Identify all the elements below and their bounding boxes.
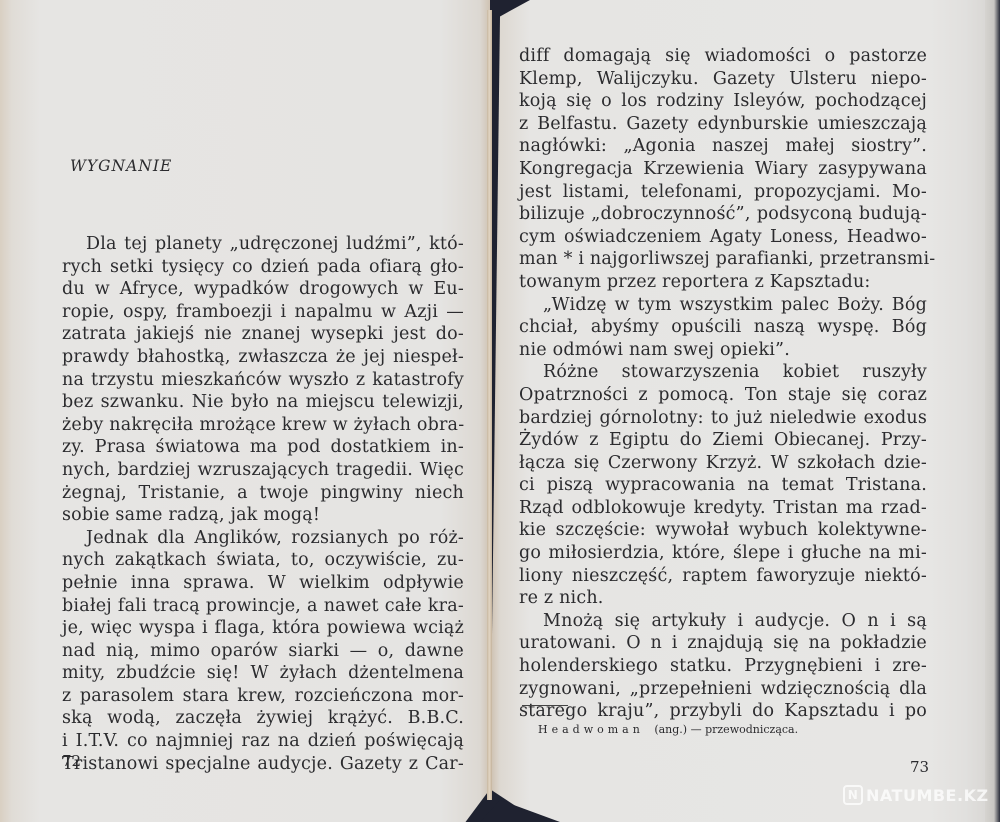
text-line: ci piszą wypracowania na temat Tristana. bbox=[519, 474, 927, 497]
text-line: ropie, ospy, framboezji i napalmu w Azji… bbox=[62, 301, 464, 324]
text-line: Opatrzności z pomocą. Ton staje się cora… bbox=[519, 384, 927, 407]
footnote-term: Headwoman bbox=[538, 723, 644, 736]
text-line: jest listami, telefonami, propozycjami. … bbox=[519, 181, 927, 204]
watermark-text: NATUMBE.KZ bbox=[866, 786, 989, 805]
text-line: „Widzę w tym wszystkim palec Boży. Bóg bbox=[519, 294, 927, 317]
footnote-rule bbox=[522, 705, 568, 706]
text-line: nad nią, mimo oparów siarki — o, dawne bbox=[62, 640, 464, 663]
text-line: bez szwanku. Nie było na miejscu telewiz… bbox=[62, 391, 464, 414]
text-line: zy. Prasa światowa ma pod dostatkiem in- bbox=[62, 436, 464, 459]
footnote: Headwoman (ang.) — przewodnicząca. bbox=[538, 723, 798, 736]
text-line: na trzystu mieszkańców wyszło z katastro… bbox=[62, 369, 464, 392]
text-line: bilizuje „dobroczynność”, podsyconą budu… bbox=[519, 203, 927, 226]
text-line: i I.T.V. co najmniej raz na dzień poświę… bbox=[62, 730, 464, 753]
text-line: Różne stowarzyszenia kobiet ruszyły bbox=[519, 361, 927, 384]
right-page-text: diff domagają się wiadomości o pastorze … bbox=[519, 45, 927, 723]
text-line: mity, zbudźcie się! W żyłach dżentelmena bbox=[62, 662, 464, 685]
text-line: je, więc wyspa i flaga, która powiewa wc… bbox=[62, 617, 464, 640]
text-line: nych, bardziej wzruszających tragedii. W… bbox=[62, 459, 464, 482]
text-line: chciał, abyśmy opuścili naszą wyspę. Bóg bbox=[519, 316, 927, 339]
text-line: z Belfastu. Gazety edynburskie umieszcza… bbox=[519, 113, 927, 136]
text-line: Mnożą się artykuły i audycje. O n i są bbox=[519, 610, 927, 633]
page-number-right: 73 bbox=[910, 758, 929, 776]
page-number-left: 72 bbox=[62, 752, 81, 770]
text-line: cym oświadczeniem Agaty Loness, Headwo- bbox=[519, 226, 927, 249]
text-line: uratowani. O n i znajdują się na pokładz… bbox=[519, 632, 927, 655]
text-line: żeby nakręciła mrożące krew w żyłach obr… bbox=[62, 414, 464, 437]
text-line: Jednak dla Anglików, rozsianych po róż- bbox=[62, 527, 464, 550]
text-line: Kongregacja Krzewienia Wiary zasypywana bbox=[519, 158, 927, 181]
book-spine bbox=[487, 10, 492, 800]
text-line: towanym przez reportera z Kapsztadu: bbox=[519, 271, 927, 294]
text-line: zygnowani, „przepełnieni wdzięcznością d… bbox=[519, 678, 927, 701]
text-line: Klemp, Walijczyku. Gazety Ulsteru niepo- bbox=[519, 68, 927, 91]
text-line: zatrata jakiejś nie znanej wysepki jest … bbox=[62, 323, 464, 346]
text-line: nagłówki: „Agonia naszej małej siostry”. bbox=[519, 135, 927, 158]
page-corner-shadow bbox=[480, 800, 560, 822]
text-line: Dla tej planety „udręczonej ludźmi”, któ… bbox=[62, 233, 464, 256]
text-line: z parasolem stara krew, rozcieńczona mor… bbox=[62, 685, 464, 708]
page-edges bbox=[985, 0, 1000, 822]
text-line: man * i najgorliwszej parafianki, przetr… bbox=[519, 248, 927, 271]
text-line: holenderskiego statku. Przygnębieni i zr… bbox=[519, 655, 927, 678]
text-line: nych zakątkach świata, to, oczywiście, z… bbox=[62, 549, 464, 572]
footnote-definition: (ang.) — przewodnicząca. bbox=[654, 723, 798, 736]
text-line: re z nich. bbox=[519, 587, 927, 610]
text-line: Rząd odblokowuje kredyty. Tristan ma rza… bbox=[519, 497, 927, 520]
text-line: du w Afryce, wypadków drogowych w Eu- bbox=[62, 278, 464, 301]
text-line: pełnie inna sprawa. W wielkim odpływie bbox=[62, 572, 464, 595]
watermark: N NATUMBE.KZ bbox=[843, 785, 989, 805]
text-line: bardziej górnolotny: to już nieledwie ex… bbox=[519, 407, 927, 430]
text-line: ską wodą, zaczęła żywiej krążyć. B.B.C. bbox=[62, 707, 464, 730]
chapter-title: WYGNANIE bbox=[70, 157, 172, 175]
text-line: łącza się Czerwony Krzyż. W szkołach dzi… bbox=[519, 452, 927, 475]
text-line: sobie same radzą, jak mogą! bbox=[62, 504, 464, 527]
watermark-logo-icon: N bbox=[843, 785, 863, 805]
text-line: koją się o los rodziny Isleyów, pochodzą… bbox=[519, 90, 927, 113]
text-line: go miłosierdzia, które, ślepe i głuche n… bbox=[519, 542, 927, 565]
text-line: żegnaj, Tristanie, a twoje pingwiny niec… bbox=[62, 482, 464, 505]
text-line: kie szczęście: wywołał wybuch kolektywne… bbox=[519, 519, 927, 542]
text-line: prawdy błahostką, zwłaszcza że jej niesp… bbox=[62, 346, 464, 369]
text-line: starego kraju”, przybyli do Kapsztadu i … bbox=[519, 700, 927, 723]
text-line: białej fali tracą prowincje, a nawet cał… bbox=[62, 595, 464, 618]
open-book: WYGNANIE Dla tej planety „udręczonej lud… bbox=[0, 0, 1000, 822]
text-line: Tristanowi specjalne audycje. Gazety z C… bbox=[62, 753, 464, 776]
text-line: Żydów z Egiptu do Ziemi Obiecanej. Przy- bbox=[519, 429, 927, 452]
text-line: nie odmówi nam swej opieki”. bbox=[519, 339, 927, 362]
text-line: liony nieszczęść, raptem faworyzuje niek… bbox=[519, 565, 927, 588]
left-page-text: Dla tej planety „udręczonej ludźmi”, któ… bbox=[62, 233, 464, 775]
text-line: diff domagają się wiadomości o pastorze bbox=[519, 45, 927, 68]
text-line: rych setki tysięcy co dzień pada ofiarą … bbox=[62, 256, 464, 279]
